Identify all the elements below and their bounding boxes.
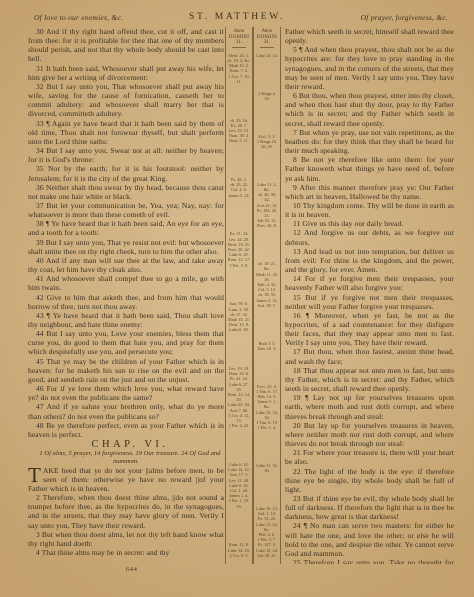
right-text-column: Father which seeth in secret, himself sh… [285, 27, 454, 564]
verse: 25 Therefore I say unto you, Take no tho… [285, 558, 454, 564]
reference-group: Rom. 12. 8. Luke 12. 33. 2 Cor. 9. 9. [227, 542, 251, 558]
verse: 7 But when ye pray, use not vain repetit… [285, 128, 454, 155]
verse: 14 For if ye forgive men their trespasse… [285, 274, 454, 292]
verse: 20 But lay up for yourselves treasures i… [285, 421, 454, 448]
verse: 38 ¶ Ye have heard that it hath been sai… [28, 219, 224, 237]
reference-column-right: Anno DOMINI 31. Luke 14. 14.2 Kings 4. 3… [253, 27, 281, 564]
verse: 30 And if thy right hand offend thee, cu… [28, 27, 224, 64]
verse: 16 ¶ Moreover, when ye fast, be not as t… [285, 311, 454, 348]
verse: 41 And whosoever shall compel thee to go… [28, 274, 224, 292]
reference-group: Deut. 24. 1. ch. 19. 3, &c. Mark 10. 2. … [227, 53, 251, 84]
verse: 34 But I say unto you, Swear not at all:… [28, 146, 224, 164]
verse: 45 That ye may be the children of your F… [28, 357, 224, 384]
verse: 19 ¶ Lay not up for yourselves treasures… [285, 393, 454, 420]
reference-group: Prov. 23. 4. 1 Tim. 6. 17. Heb. 13. 5. J… [255, 384, 279, 431]
verse: 44 But I say unto you, Love your enemies… [28, 329, 224, 356]
reference-group: Ps. 48. 2. ch. 23. 22. Col. 4. 6. James … [227, 177, 251, 198]
verse: 2 Therefore, when thou doest thine alms,… [28, 493, 224, 530]
verse: 18 That thou appear not unto men to fast… [285, 366, 454, 393]
reference-group: Isai. 50. 6. Lam. 3. 30. ch. 27. 32. Mar… [227, 301, 251, 332]
reference-column-left: Anno DOMINI 31. Deut. 24. 1. ch. 19. 3, … [225, 27, 253, 564]
verse: 35 Nor by the earth; for it is his foots… [28, 164, 224, 182]
verse: 9 After this manner therefore pray ye: O… [285, 183, 454, 201]
verse: 13 And lead us not into temptation, but … [285, 247, 454, 274]
verse: 47 And if ye salute your brethren only, … [28, 402, 224, 420]
verse: 33 ¶ Again ye have heard that it hath be… [28, 119, 224, 146]
reference-group: ch. 23. 16. Ex. 20. 7. Lev. 19. 12. Num.… [227, 118, 251, 144]
verse: 3 But when thou doest alms, let not thy … [28, 530, 224, 548]
verse: 37 But let your communication be, Yea, y… [28, 201, 224, 219]
verse: 48 Be ye therefore perfect, even as your… [28, 421, 224, 439]
reference-group: Ex. 21. 24. Lev. 24. 20. Deut. 19. 21. P… [227, 231, 251, 267]
verse: 21 For where your treasure is, there wil… [285, 448, 454, 466]
dropcap-rest: AKE heed that ye do not your ||alms befo… [28, 466, 224, 493]
verse: 46 For if ye love them which love you, w… [28, 384, 224, 402]
dropcap-initial: T [28, 466, 43, 484]
verse: 5 ¶ And when thou prayest, thou shalt no… [285, 45, 454, 91]
verse-continuation: Father which seeth in secret, himself sh… [285, 27, 454, 45]
reference-group: Luke 16. 13. Gal. 1. 10. Ps. 55. 22. Luk… [255, 506, 279, 558]
reference-group: 2 Kings 4. 33. [255, 91, 279, 101]
chapter-heading: CHAP. VI. [28, 439, 224, 450]
reference-group: Lev. 19. 18. Deut. 23. 6. Ps. 41. 10. Lu… [227, 366, 251, 428]
reference-group: ch. 18. 21, &c. Mark 11. 25, 26. Eph. 4.… [255, 261, 279, 308]
annal-year: 31. [226, 40, 252, 46]
reference-group: Ruth 3. 3. Dan. 10. 3. [255, 341, 279, 351]
chapter-argument: 1 Of alms, 5 prayer, 14 forgiveness. 19 … [28, 450, 224, 466]
page-signature: 644 [126, 566, 137, 573]
verse: 4 That thine alms may be in secret: and … [28, 548, 224, 557]
bible-page: Of love to our enemies, &c. ST. MATTHEW.… [0, 0, 474, 597]
margin-references-right: Luke 14. 14.2 Kings 4. 33.Eccl. 5. 2. 1 … [254, 48, 280, 564]
verse-dropcap: TAKE heed that ye do not your ||alms bef… [28, 466, 224, 493]
chapter6-verses-right: 5 ¶ And when thou prayest, thou shalt no… [285, 45, 454, 564]
reference-group: Luke 14. 14. [255, 53, 279, 58]
reference-group: Luke 11. 2, &c. ch. 26. 39, 42. Acts 21.… [255, 182, 279, 229]
running-head-right: Of prayer, forgiveness, &c. [361, 13, 448, 22]
verse: 12 And forgive us our debts, as we forgi… [285, 228, 454, 246]
reference-group: Eccl. 5. 2. 1 Kings 18. 26, 29. [255, 134, 279, 150]
annal-year: 31. [254, 40, 280, 46]
center-gutter: Anno DOMINI 31. Deut. 24. 1. ch. 19. 3, … [225, 27, 283, 564]
left-text-column: 30 And if thy right hand offend thee, cu… [28, 27, 224, 564]
chapter5-verses: 30 And if thy right hand offend thee, cu… [28, 27, 224, 439]
verse: 43 ¶ Ye have heard that it hath been sai… [28, 311, 224, 329]
verse: 42 Give to him that asketh thee, and fro… [28, 293, 224, 311]
verse: 17 But thou, when thou fastest, anoint t… [285, 347, 454, 365]
reference-group: Luke 11. 34, 36. [255, 463, 279, 473]
margin-references-left: Deut. 24. 1. ch. 19. 3, &c. Mark 10. 2. … [226, 48, 252, 564]
verse: 31 It hath been said, Whosoever shall pu… [28, 64, 224, 82]
verse: 39 But I say unto you, That ye resist no… [28, 238, 224, 256]
verse: 40 And if any man will sue thee at the l… [28, 256, 224, 274]
verse: 15 But if ye forgive not men their tresp… [285, 293, 454, 311]
verse: 32 But I say unto you, That whosoever sh… [28, 82, 224, 119]
anno-domini-left: Anno DOMINI 31. [226, 27, 252, 48]
verse: 24 ¶ No man can serve two masters: for e… [285, 521, 454, 558]
verse: 36 Neither shalt thou swear by thy head,… [28, 183, 224, 201]
running-head: Of love to our enemies, &c. ST. MATTHEW.… [0, 11, 474, 25]
verse: 11 Give us this day our daily bread. [285, 219, 454, 228]
anno-domini-right: Anno DOMINI 31. [254, 27, 280, 48]
verse: 22 The light of the body is the eye: if … [285, 467, 454, 494]
verse: 23 But if thine eye be evil, thy whole b… [285, 494, 454, 521]
verse: 8 Be not ye therefore like unto them: fo… [285, 155, 454, 182]
verse: 6 But thou, when thou prayest, enter int… [285, 91, 454, 128]
verse: 10 Thy kingdom come. Thy will be done in… [285, 201, 454, 219]
reference-group: Luke 6. 32. Luke 14. 12. Gen. 17. 1. Lev… [227, 462, 251, 509]
chapter6-verses-left: 2 Therefore, when thou doest thine alms,… [28, 493, 224, 557]
